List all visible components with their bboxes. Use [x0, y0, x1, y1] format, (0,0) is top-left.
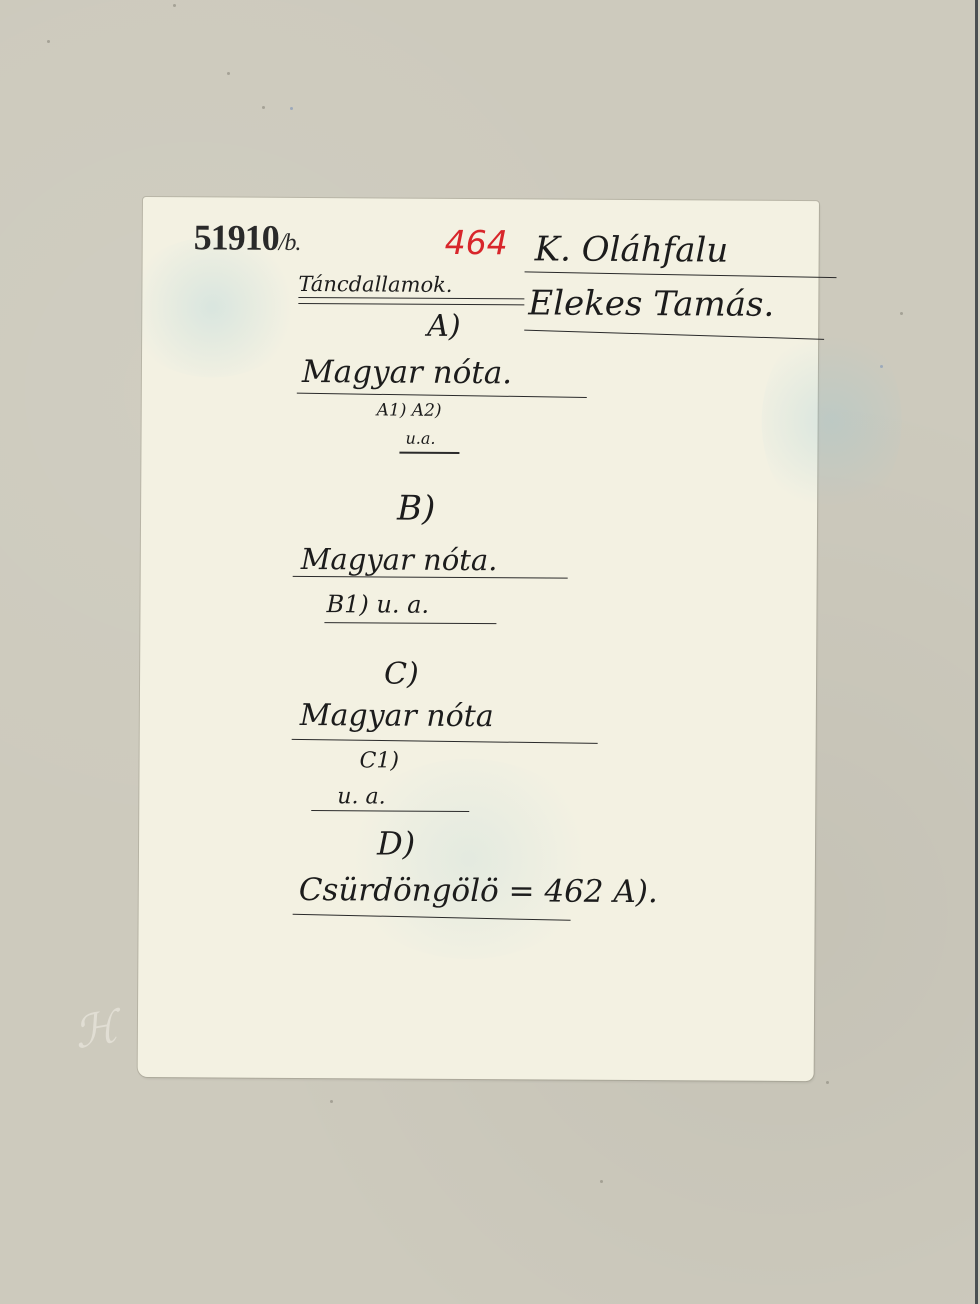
mount-edge: [975, 0, 978, 1304]
section-c-underline: [292, 739, 598, 744]
speck: [262, 106, 265, 109]
section-c-sub: C1): [359, 748, 399, 773]
speck: [173, 4, 176, 7]
section-a-note: u.a.: [405, 429, 435, 448]
section-b-sub: B1) u. a.: [326, 590, 429, 619]
section-a-sub: A1) A2): [377, 400, 442, 420]
speck: [600, 1180, 603, 1183]
speck: [900, 312, 903, 315]
inventory-suffix: /b.: [279, 230, 301, 256]
faded-stamp-mark: ℋ: [70, 1002, 120, 1068]
heading-underline-1: [298, 297, 524, 299]
speck: [227, 72, 230, 75]
speck: [290, 107, 293, 110]
section-a-title: Magyar nóta.: [302, 354, 512, 391]
inventory-number: 51910/b.: [194, 216, 301, 259]
section-c-note: u. a.: [337, 784, 385, 809]
index-card: 51910/b. 464 K. Oláhfalu Táncdallamok. E…: [138, 197, 819, 1081]
speck: [47, 40, 50, 43]
speck: [826, 1081, 829, 1084]
heading-underline-2: [298, 303, 524, 305]
speck: [330, 1100, 333, 1103]
section-a-note-underline: [399, 452, 459, 454]
section-a-label: A): [427, 309, 461, 344]
section-d-title: Csürdöngölö = 462 A).: [299, 872, 658, 910]
section-d-label: D): [377, 824, 415, 862]
heading-tancdallamok: Táncdallamok.: [298, 272, 452, 297]
section-b-label: B): [397, 489, 435, 529]
section-c-label: C): [384, 656, 419, 691]
section-a-underline: [297, 393, 587, 398]
performer-underline: [524, 330, 824, 340]
section-b-sub-underline: [324, 622, 496, 624]
water-stain: [761, 321, 902, 522]
section-b-title: Magyar nóta.: [301, 542, 498, 577]
inventory-number-digits: 51910: [194, 217, 279, 258]
place-name: K. Oláhfalu: [535, 229, 729, 270]
catalog-number: 464: [445, 223, 508, 262]
place-underline: [525, 271, 837, 278]
performer-name: Elekes Tamás.: [528, 283, 774, 325]
section-b-underline: [293, 576, 568, 579]
section-c-title: Magyar nóta: [300, 698, 494, 734]
